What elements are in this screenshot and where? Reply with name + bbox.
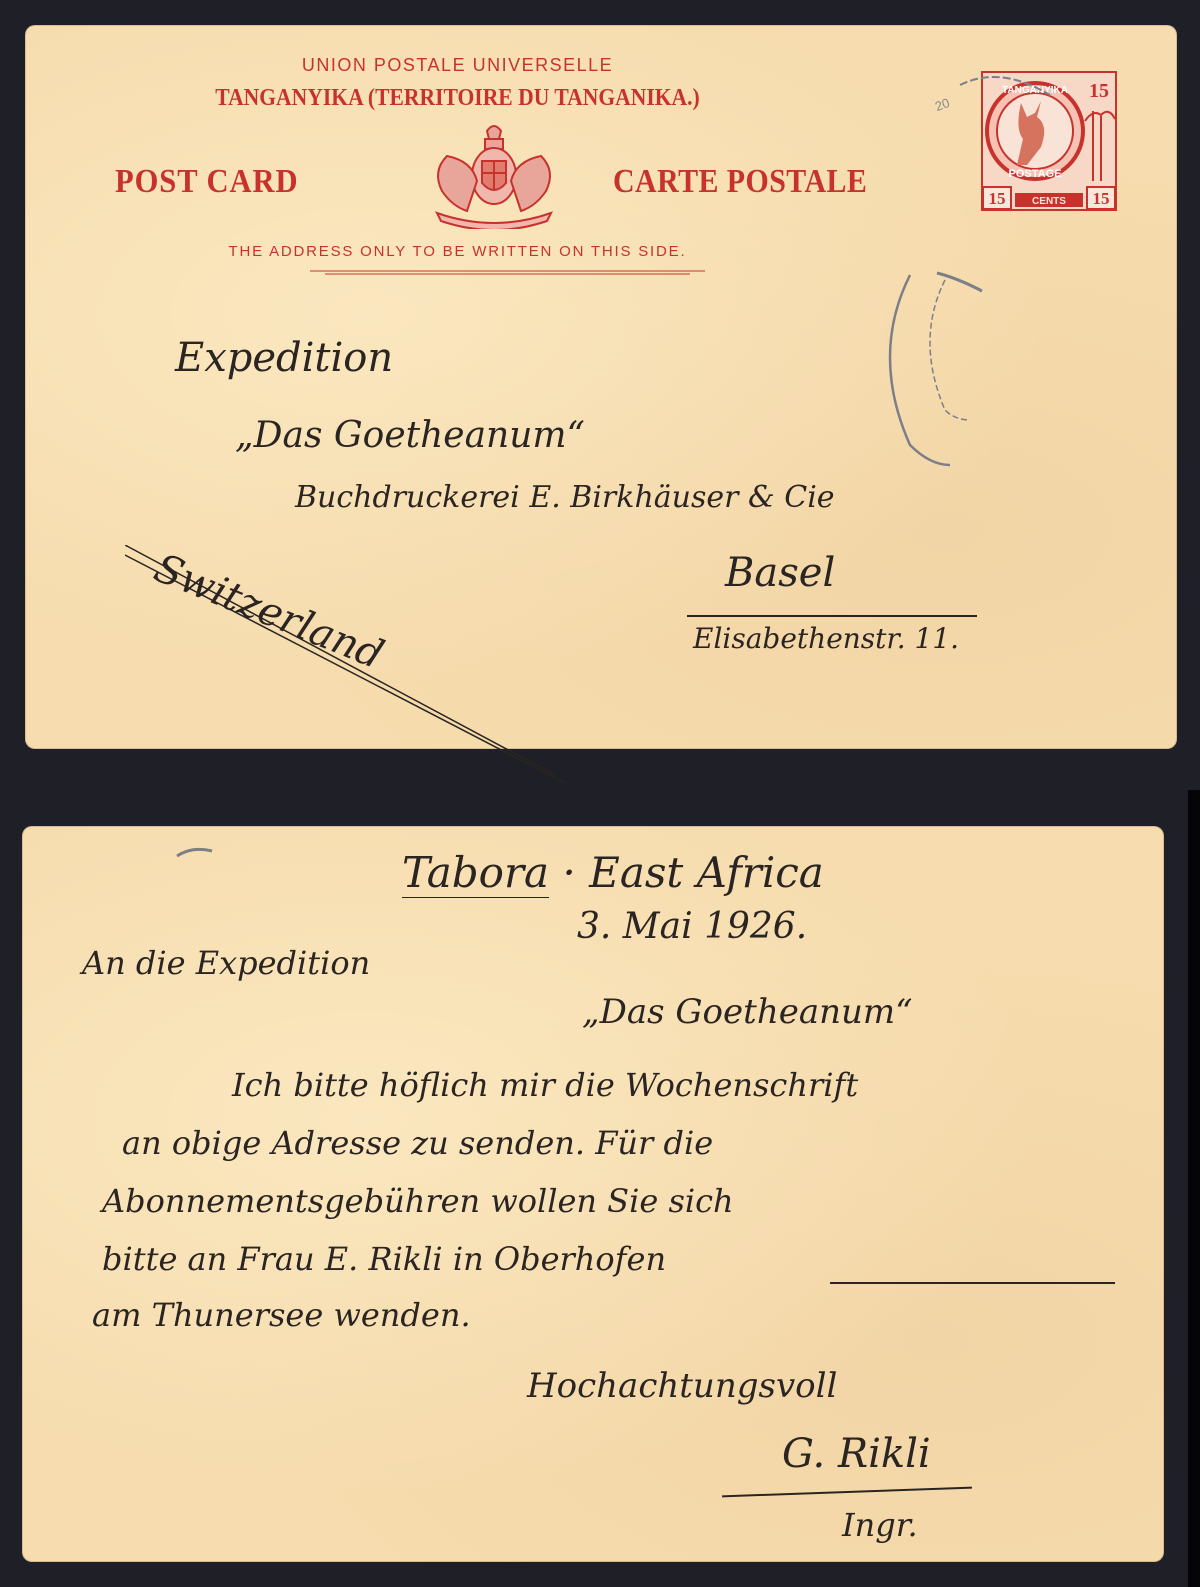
- body-line-5: am Thunersee wenden.: [92, 1296, 471, 1334]
- salutation-line-2: „Das Goetheanum“: [582, 992, 913, 1032]
- letter-place: Tabora: [402, 848, 549, 898]
- address-line-2: „Das Goetheanum“: [235, 415, 585, 456]
- postmark-smudge-icon: [172, 841, 232, 861]
- upu-heading: UNION POSTALE UNIVERSELLE: [25, 55, 890, 76]
- letter-place-region: Tabora · East Africa: [402, 848, 824, 897]
- body-line-2: an obige Adresse zu senden. Für die: [122, 1124, 713, 1162]
- signature-underline: [722, 1487, 972, 1498]
- svg-text:15: 15: [1089, 80, 1109, 102]
- postcard-front: UNION POSTALE UNIVERSELLE TANGANYIKA (TE…: [25, 25, 1177, 749]
- signature: G. Rikli: [782, 1431, 931, 1477]
- address-city: Basel: [725, 550, 835, 596]
- country-double-underline: [125, 545, 605, 785]
- pencil-note: 20: [933, 95, 952, 114]
- scan-border: [1188, 790, 1200, 1587]
- closing: Hochachtungsvoll: [527, 1366, 837, 1406]
- letter-date: 3. Mai 1926.: [577, 906, 807, 947]
- carte-postale-label: CARTE POSTALE: [613, 163, 867, 201]
- address-line-1: Expedition: [175, 335, 393, 381]
- address-street: Elisabethenstr. 11.: [693, 622, 959, 655]
- address-instruction: THE ADDRESS ONLY TO BE WRITTEN ON THIS S…: [25, 243, 890, 260]
- body-line-1: Ich bitte höflich mir die Wochenschrift: [232, 1066, 858, 1104]
- body-line-4: bitte an Frau E. Rikli in Oberhofen: [102, 1240, 666, 1278]
- city-underline: [687, 615, 977, 617]
- decorative-rule: [310, 269, 705, 275]
- cancellation-arcs-icon: [865, 270, 1005, 470]
- postcard-back: Tabora · East Africa 3. Mai 1926. An die…: [22, 826, 1164, 1562]
- oberhofen-underline: [830, 1282, 1115, 1284]
- letter-region: East Africa: [589, 848, 824, 897]
- post-card-label: POST CARD: [115, 163, 299, 201]
- salutation-line-1: An die Expedition: [82, 944, 370, 982]
- address-line-3: Buchdruckerei E. Birkhäuser & Cie: [295, 480, 835, 515]
- body-line-3: Abonnementsgebühren wollen Sie sich: [102, 1182, 734, 1220]
- svg-text:CENTS: CENTS: [1032, 196, 1066, 207]
- svg-text:POSTAGE: POSTAGE: [1009, 168, 1062, 180]
- place-separator: ·: [549, 848, 589, 897]
- royal-coat-of-arms-icon: [407, 121, 582, 229]
- postmark-icon: [955, 65, 1055, 115]
- svg-text:15: 15: [989, 189, 1006, 208]
- svg-text:15: 15: [1093, 189, 1110, 208]
- territory-heading: TANGANYIKA (TERRITOIRE DU TANGANIKA.): [68, 85, 847, 112]
- signer-title: Ingr.: [842, 1506, 918, 1544]
